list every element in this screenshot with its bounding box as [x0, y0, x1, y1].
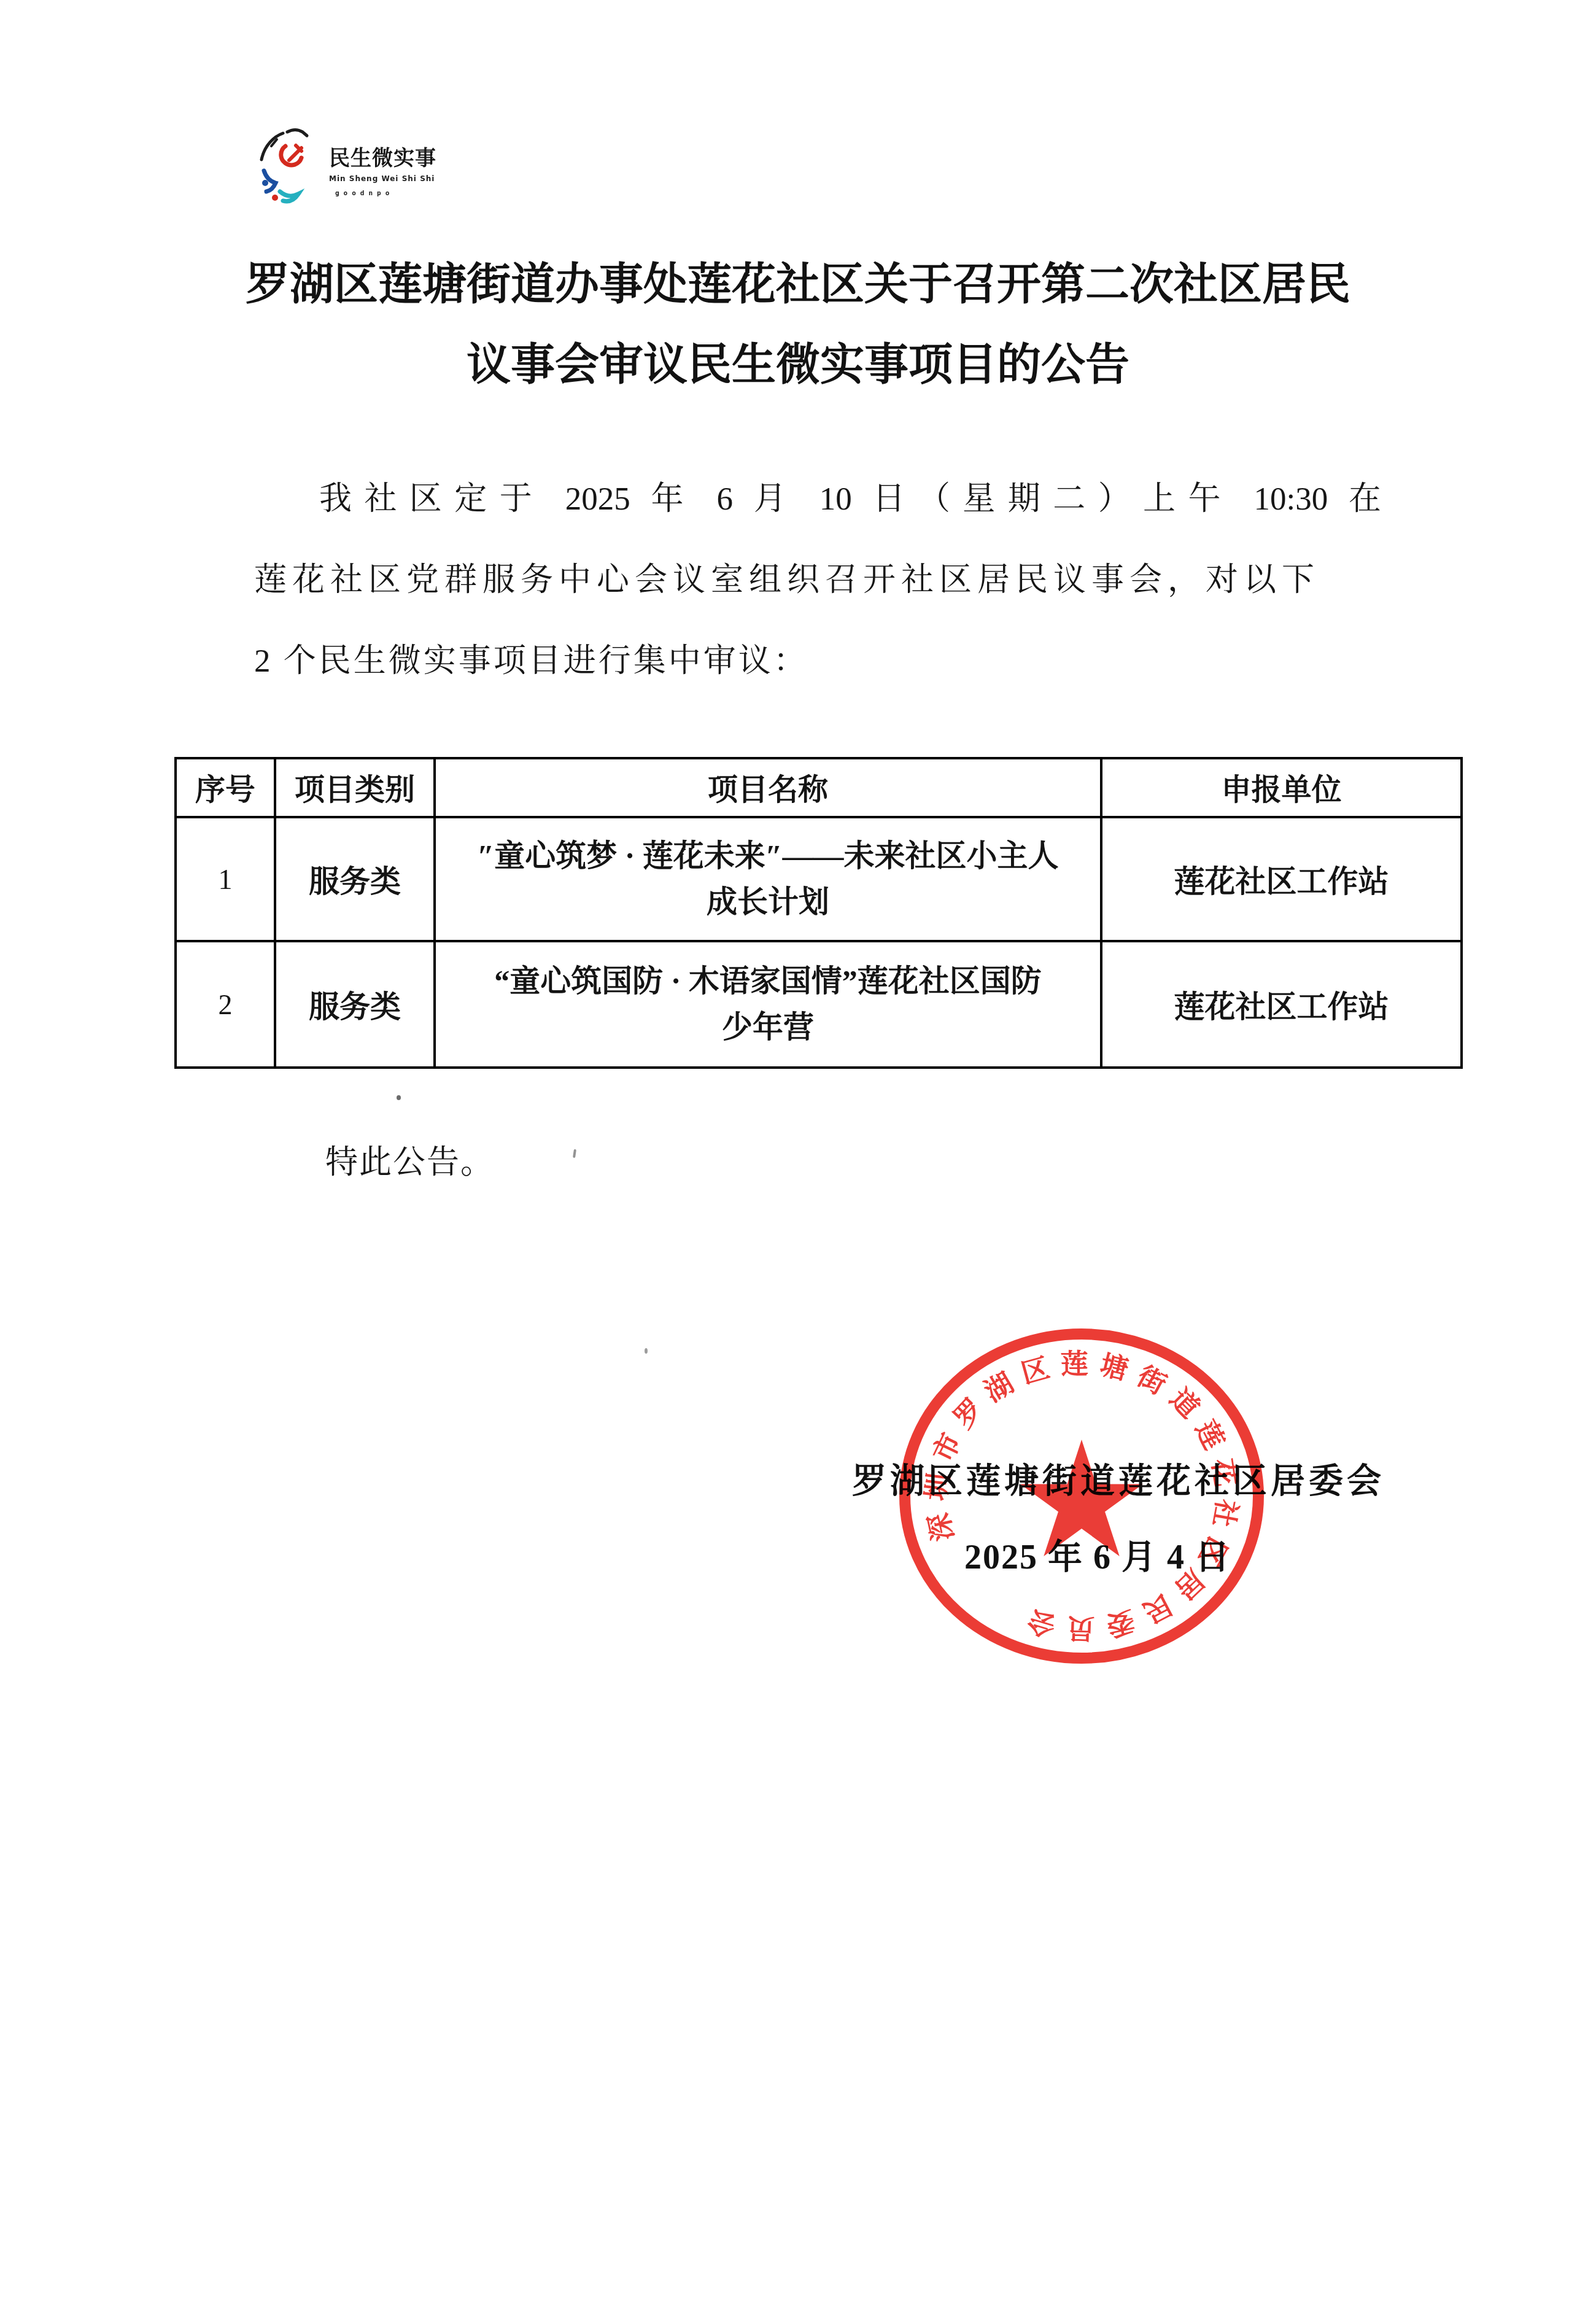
table-row: 1 服务类 ″童心筑梦 · 莲花未来″——未来社区小主人 成长计划 莲花社区工作… [176, 817, 1462, 941]
logo-pinyin: Min Sheng Wei Shi Shi [329, 174, 435, 183]
logo-caption: goodnpo [335, 189, 393, 197]
row1-category: 服务类 [275, 817, 435, 941]
announcement-document: 民生微实事 Min Sheng Wei Shi Shi goodnpo 罗湖区莲… [0, 0, 1596, 2323]
table-header-row: 序号 项目类别 项目名称 申报单位 [176, 758, 1462, 817]
body-line-1: 我社区定于 2025 年 6 月 10 日（星期二）上午 10:30 在 [254, 481, 1381, 518]
row1-name-line1: ″童心筑梦 · 莲花未来″——未来社区小主人 [444, 833, 1091, 879]
row1-name-line2: 成长计划 [444, 879, 1091, 925]
header-applicant: 申报单位 [1101, 758, 1462, 817]
table-row: 2 服务类 “童心筑国防 · 木语家国情”莲花社区国防 少年营 莲花社区工作站 [176, 941, 1462, 1068]
row2-applicant: 莲花社区工作站 [1101, 941, 1462, 1068]
row2-category: 服务类 [275, 941, 435, 1068]
minsheng-logo-icon [257, 125, 320, 204]
row2-seq: 2 [176, 941, 275, 1068]
document-title-line1: 罗湖区莲塘街道办事处莲花社区关于召开第二次社区居民 [0, 244, 1596, 325]
closing-statement: 特此公告。 [325, 1136, 494, 1183]
scan-speck [645, 1348, 648, 1354]
header-project-name: 项目名称 [435, 758, 1101, 817]
document-title: 罗湖区莲塘街道办事处莲花社区关于召开第二次社区居民 议事会审议民生微实事项目的公… [0, 244, 1596, 405]
minsheng-logo: 民生微实事 Min Sheng Wei Shi Shi goodnpo [257, 120, 459, 212]
official-seal: 深圳市罗湖区莲塘街道莲花社区居民委员会 [893, 1320, 1271, 1676]
logo-title: 民生微实事 [329, 141, 436, 171]
seal-star-icon [1020, 1440, 1143, 1556]
row2-name-line2: 少年营 [444, 1004, 1091, 1050]
header-seq: 序号 [176, 758, 275, 817]
projects-table: 序号 项目类别 项目名称 申报单位 1 服务类 ″童心筑梦 · 莲花未来″——未… [174, 757, 1463, 1069]
row1-project-name: ″童心筑梦 · 莲花未来″——未来社区小主人 成长计划 [435, 817, 1101, 941]
row2-project-name: “童心筑国防 · 木语家国情”莲花社区国防 少年营 [435, 941, 1101, 1068]
scan-speck [573, 1149, 576, 1158]
document-title-line2: 议事会审议民生微实事项目的公告 [0, 325, 1596, 405]
row1-applicant: 莲花社区工作站 [1101, 817, 1462, 941]
body-line-2: 莲花社区党群服务中心会议室组织召开社区居民议事会，对以下 [254, 562, 1381, 599]
row2-name-line1: “童心筑国防 · 木语家国情”莲花社区国防 [444, 958, 1091, 1004]
header-category: 项目类别 [275, 758, 435, 817]
body-line-3: 2 个民生微实事项目进行集中审议： [254, 643, 1381, 680]
row1-seq: 1 [176, 817, 275, 941]
scan-speck [397, 1095, 401, 1100]
